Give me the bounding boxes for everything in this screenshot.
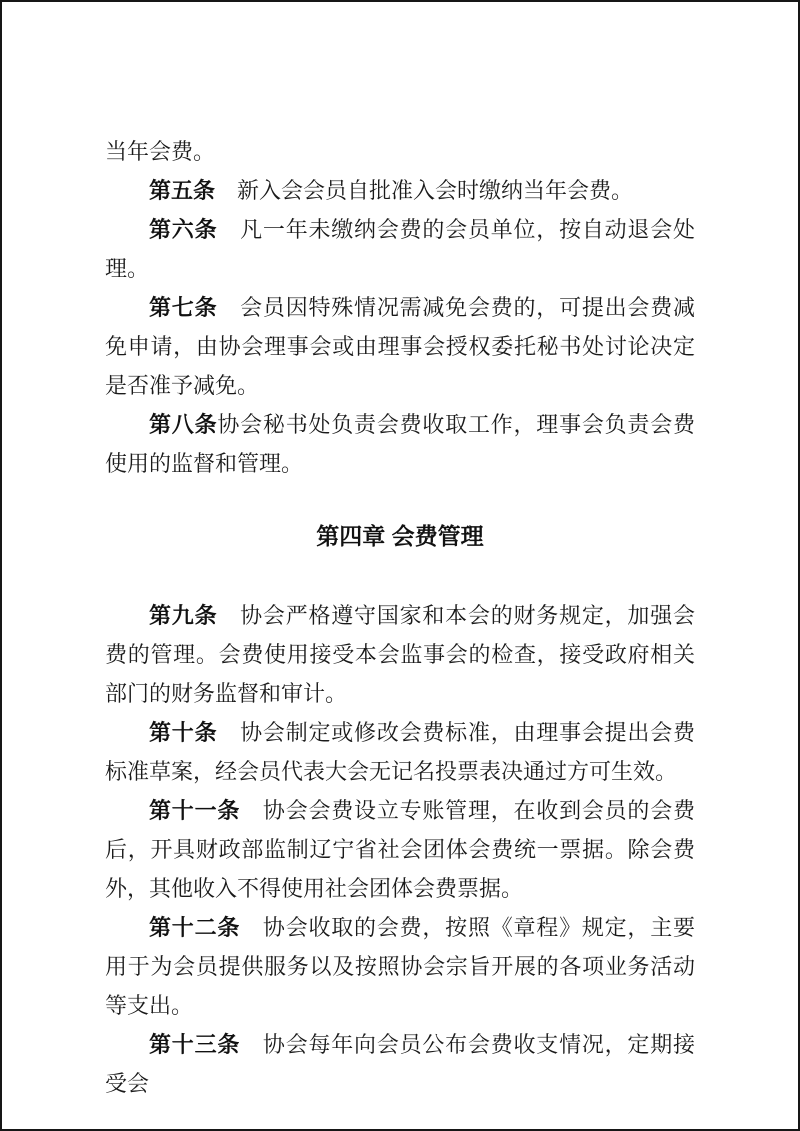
article-12-label: 第十二条 — [149, 915, 240, 940]
document-page: 当年会费。 第五条 新入会会员自批准入会时缴纳当年会费。 第六条 凡一年未缴纳会… — [0, 0, 800, 1131]
article-11-paragraph: 第十一条 协会会费设立专账管理，在收到会员的会费后，开具财政部监制辽宁省社会团体… — [105, 791, 695, 908]
page-content: 当年会费。 第五条 新入会会员自批准入会时缴纳当年会费。 第六条 凡一年未缴纳会… — [2, 2, 798, 1129]
article-12-paragraph: 第十二条 协会收取的会费，按照《章程》规定，主要用于为会员提供服务以及按照协会宗… — [105, 908, 695, 1025]
article-11-label: 第十一条 — [149, 798, 240, 823]
article-8-label: 第八条 — [149, 412, 217, 437]
article-10-label: 第十条 — [149, 720, 217, 745]
article-6-label: 第六条 — [149, 217, 217, 242]
article-5-label: 第五条 — [149, 178, 215, 203]
continuation-paragraph: 当年会费。 — [105, 132, 695, 171]
article-9-label: 第九条 — [149, 603, 217, 628]
article-7-paragraph: 第七条 会员因特殊情况需减免会费的，可提出会费减免申请，由协会理事会或由理事会授… — [105, 288, 695, 405]
article-10-paragraph: 第十条 协会制定或修改会费标准，由理事会提出会费标准草案，经会员代表大会无记名投… — [105, 713, 695, 791]
article-13-label: 第十三条 — [149, 1032, 240, 1057]
chapter-heading: 第四章 会费管理 — [105, 517, 695, 556]
article-5-text: 新入会会员自批准入会时缴纳当年会费。 — [215, 178, 633, 203]
article-13-paragraph: 第十三条 协会每年向会员公布会费收支情况，定期接受会 — [105, 1025, 695, 1103]
article-7-label: 第七条 — [149, 295, 217, 320]
article-8-paragraph: 第八条协会秘书处负责会费收取工作，理事会负责会费使用的监督和管理。 — [105, 405, 695, 483]
article-6-paragraph: 第六条 凡一年未缴纳会费的会员单位，按自动退会处理。 — [105, 210, 695, 288]
article-5-paragraph: 第五条 新入会会员自批准入会时缴纳当年会费。 — [105, 171, 695, 210]
article-9-paragraph: 第九条 协会严格遵守国家和本会的财务规定，加强会费的管理。会费使用接受本会监事会… — [105, 596, 695, 713]
